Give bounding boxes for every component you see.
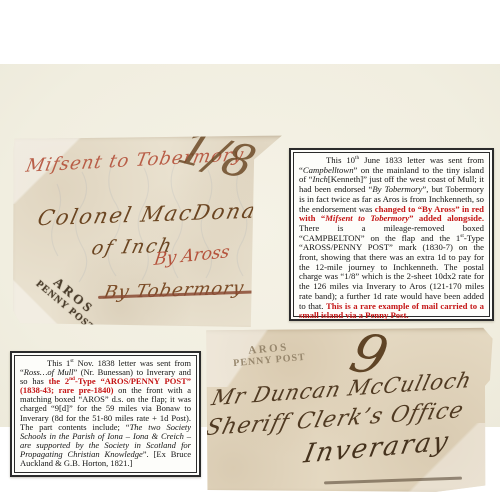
note-box-1833: This 10th June 1833 letter was sent from…	[289, 148, 494, 321]
album-page-scan: Mifsent to Tobermory 1/8 Colonel MacDona…	[0, 0, 500, 500]
note-box-1838: This 1st Nov. 1838 letter was sent from …	[10, 351, 201, 477]
aros-penny-post-handstamp: AROS PENNY POST	[227, 339, 311, 369]
note-box-inner-border: This 10th June 1833 letter was sent from…	[293, 152, 490, 317]
note-box-inner-border: This 1st Nov. 1838 letter was sent from …	[14, 355, 197, 473]
note-text-1833: This 10th June 1833 letter was sent from…	[299, 156, 484, 321]
exhibit-photo-background: Mifsent to Tobermory 1/8 Colonel MacDona…	[0, 64, 500, 427]
address-line-inveraray: Inveraray	[301, 426, 452, 469]
cover-1833-letter: Mifsent to Tobermory 1/8 Colonel MacDona…	[12, 134, 284, 330]
cover-1838-letter: AROS PENNY POST 9 Mr Duncan McCulloch Sh…	[204, 327, 494, 493]
ink-smudge-underline	[324, 477, 462, 485]
note-text-1838: This 1st Nov. 1838 letter was sent from …	[20, 359, 191, 468]
